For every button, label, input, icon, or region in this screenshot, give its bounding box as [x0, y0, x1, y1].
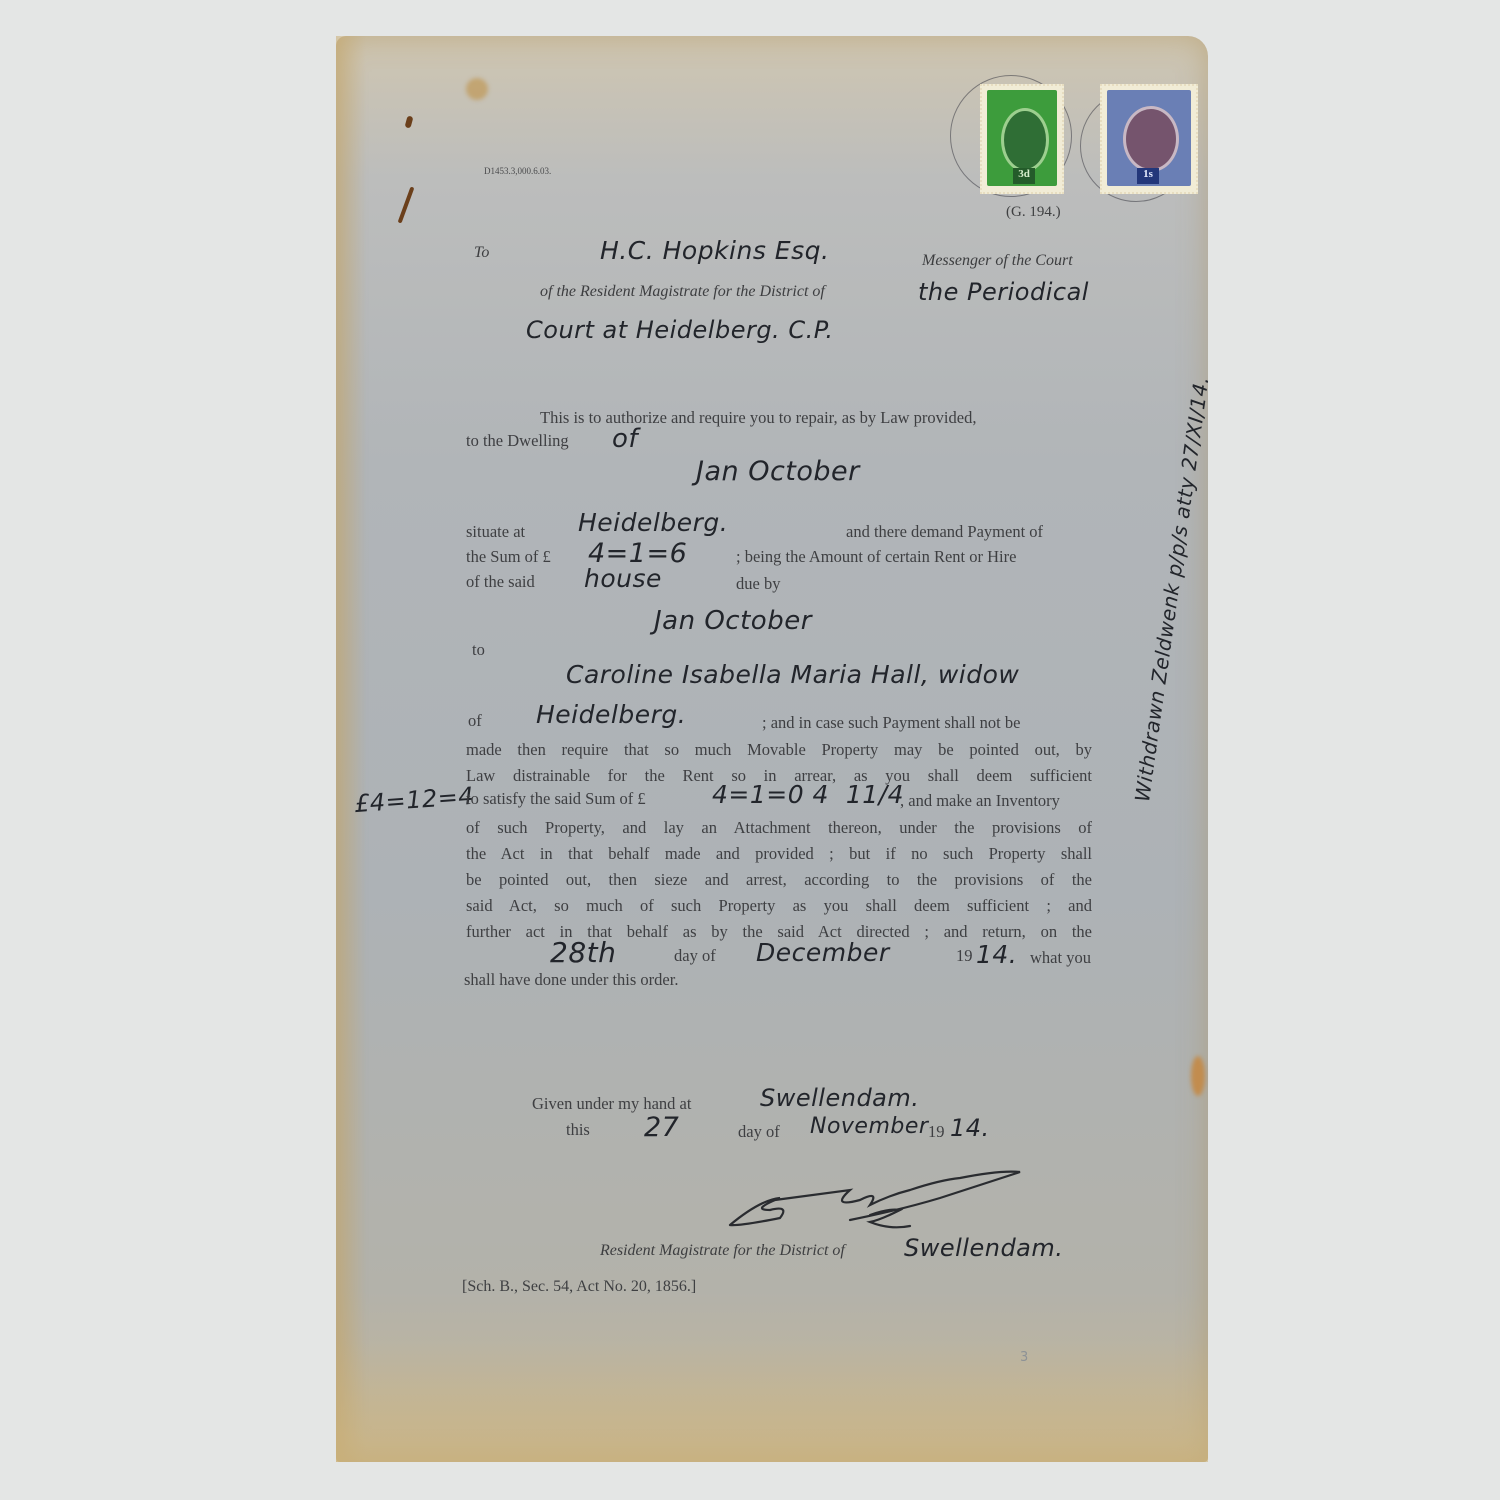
return-year: 14.: [976, 940, 1017, 969]
given-day: 27: [644, 1112, 679, 1143]
body-line: made then require that so much Movable P…: [466, 737, 1092, 763]
body-line: the Act in that behalf made and provided…: [466, 841, 1092, 867]
of-label: of: [468, 711, 482, 731]
district-label: of the Resident Magistrate for the Distr…: [540, 283, 825, 301]
revenue-stamp-3d: 3d: [980, 84, 1064, 194]
creditor-name: Caroline Isabella Maria Hall, widow: [566, 660, 1019, 689]
what-you: what you: [1030, 948, 1091, 968]
given-month: November: [810, 1114, 928, 1139]
intro-text: This is to authorize and require you to …: [540, 408, 976, 428]
rust-mark: [405, 115, 414, 128]
district-value: the Periodical: [918, 278, 1089, 306]
stain: [466, 78, 488, 100]
return-month: December: [756, 938, 890, 967]
body-line: said Act, so much of such Property as yo…: [466, 893, 1092, 919]
given-year-prefix: 19: [928, 1122, 945, 1142]
statute-reference: [Sch. B., Sec. 54, Act No. 20, 1856.]: [462, 1278, 696, 1296]
magistrate-label: Resident Magistrate for the District of: [600, 1242, 845, 1260]
stamp-denomination: 3d: [1013, 168, 1035, 184]
to-label: To: [474, 244, 489, 262]
messenger-label: Messenger of the Court: [922, 252, 1073, 270]
body-line: of such Property, and lay an Attachment …: [466, 815, 1092, 841]
of-value: Heidelberg.: [536, 700, 686, 729]
given-place: Swellendam.: [760, 1084, 919, 1112]
given-label: Given under my hand at: [532, 1094, 691, 1114]
dwelling-label: to the Dwelling: [466, 431, 569, 451]
said-value: house: [584, 564, 662, 593]
body-line: be pointed out, then sieze and arrest, a…: [466, 867, 1092, 893]
due-label: due by: [736, 574, 780, 594]
dwelling-of: of: [612, 424, 638, 454]
pencil-mark: 3: [1020, 1350, 1028, 1365]
this-label: this: [566, 1120, 590, 1140]
district-value-cont: Court at Heidelberg. C.P.: [526, 316, 834, 344]
addressee: H.C. Hopkins Esq.: [600, 236, 829, 265]
day-of-label: day of: [674, 946, 716, 966]
magistrate-district: Swellendam.: [904, 1234, 1063, 1262]
case-text: ; and in case such Payment shall not be: [762, 713, 1020, 733]
given-year: 14.: [950, 1114, 990, 1142]
satisfy-value: 4=1=0 4 11/4: [712, 780, 904, 809]
final-line: shall have done under this order.: [464, 970, 678, 990]
situate-label: situate at: [466, 522, 525, 542]
satisfy-rest: , and make an Inventory: [900, 791, 1060, 811]
revenue-stamp-1s: 1s: [1100, 84, 1198, 194]
return-day: 28th: [550, 936, 616, 969]
demand-label: and there demand Payment of: [846, 522, 1043, 542]
rust-mark: [398, 186, 415, 223]
said-label: of the said: [466, 572, 535, 592]
satisfy-label: to satisfy the said Sum of £: [466, 789, 646, 809]
being-label: ; being the Amount of certain Rent or Hi…: [736, 547, 1016, 567]
situate-value: Heidelberg.: [578, 508, 728, 537]
debtor-name: Jan October: [654, 606, 812, 636]
sum-label: the Sum of £: [466, 547, 551, 567]
given-day-of: day of: [738, 1122, 780, 1142]
stain: [1191, 1056, 1205, 1096]
form-number: (G. 194.): [1006, 204, 1061, 221]
dwelling-name: Jan October: [696, 456, 860, 487]
stamp-denomination: 1s: [1137, 168, 1159, 184]
form-code: D1453.3,000.6.03.: [484, 166, 551, 176]
year-prefix: 19: [956, 946, 973, 966]
to-label-2: to: [472, 640, 485, 660]
